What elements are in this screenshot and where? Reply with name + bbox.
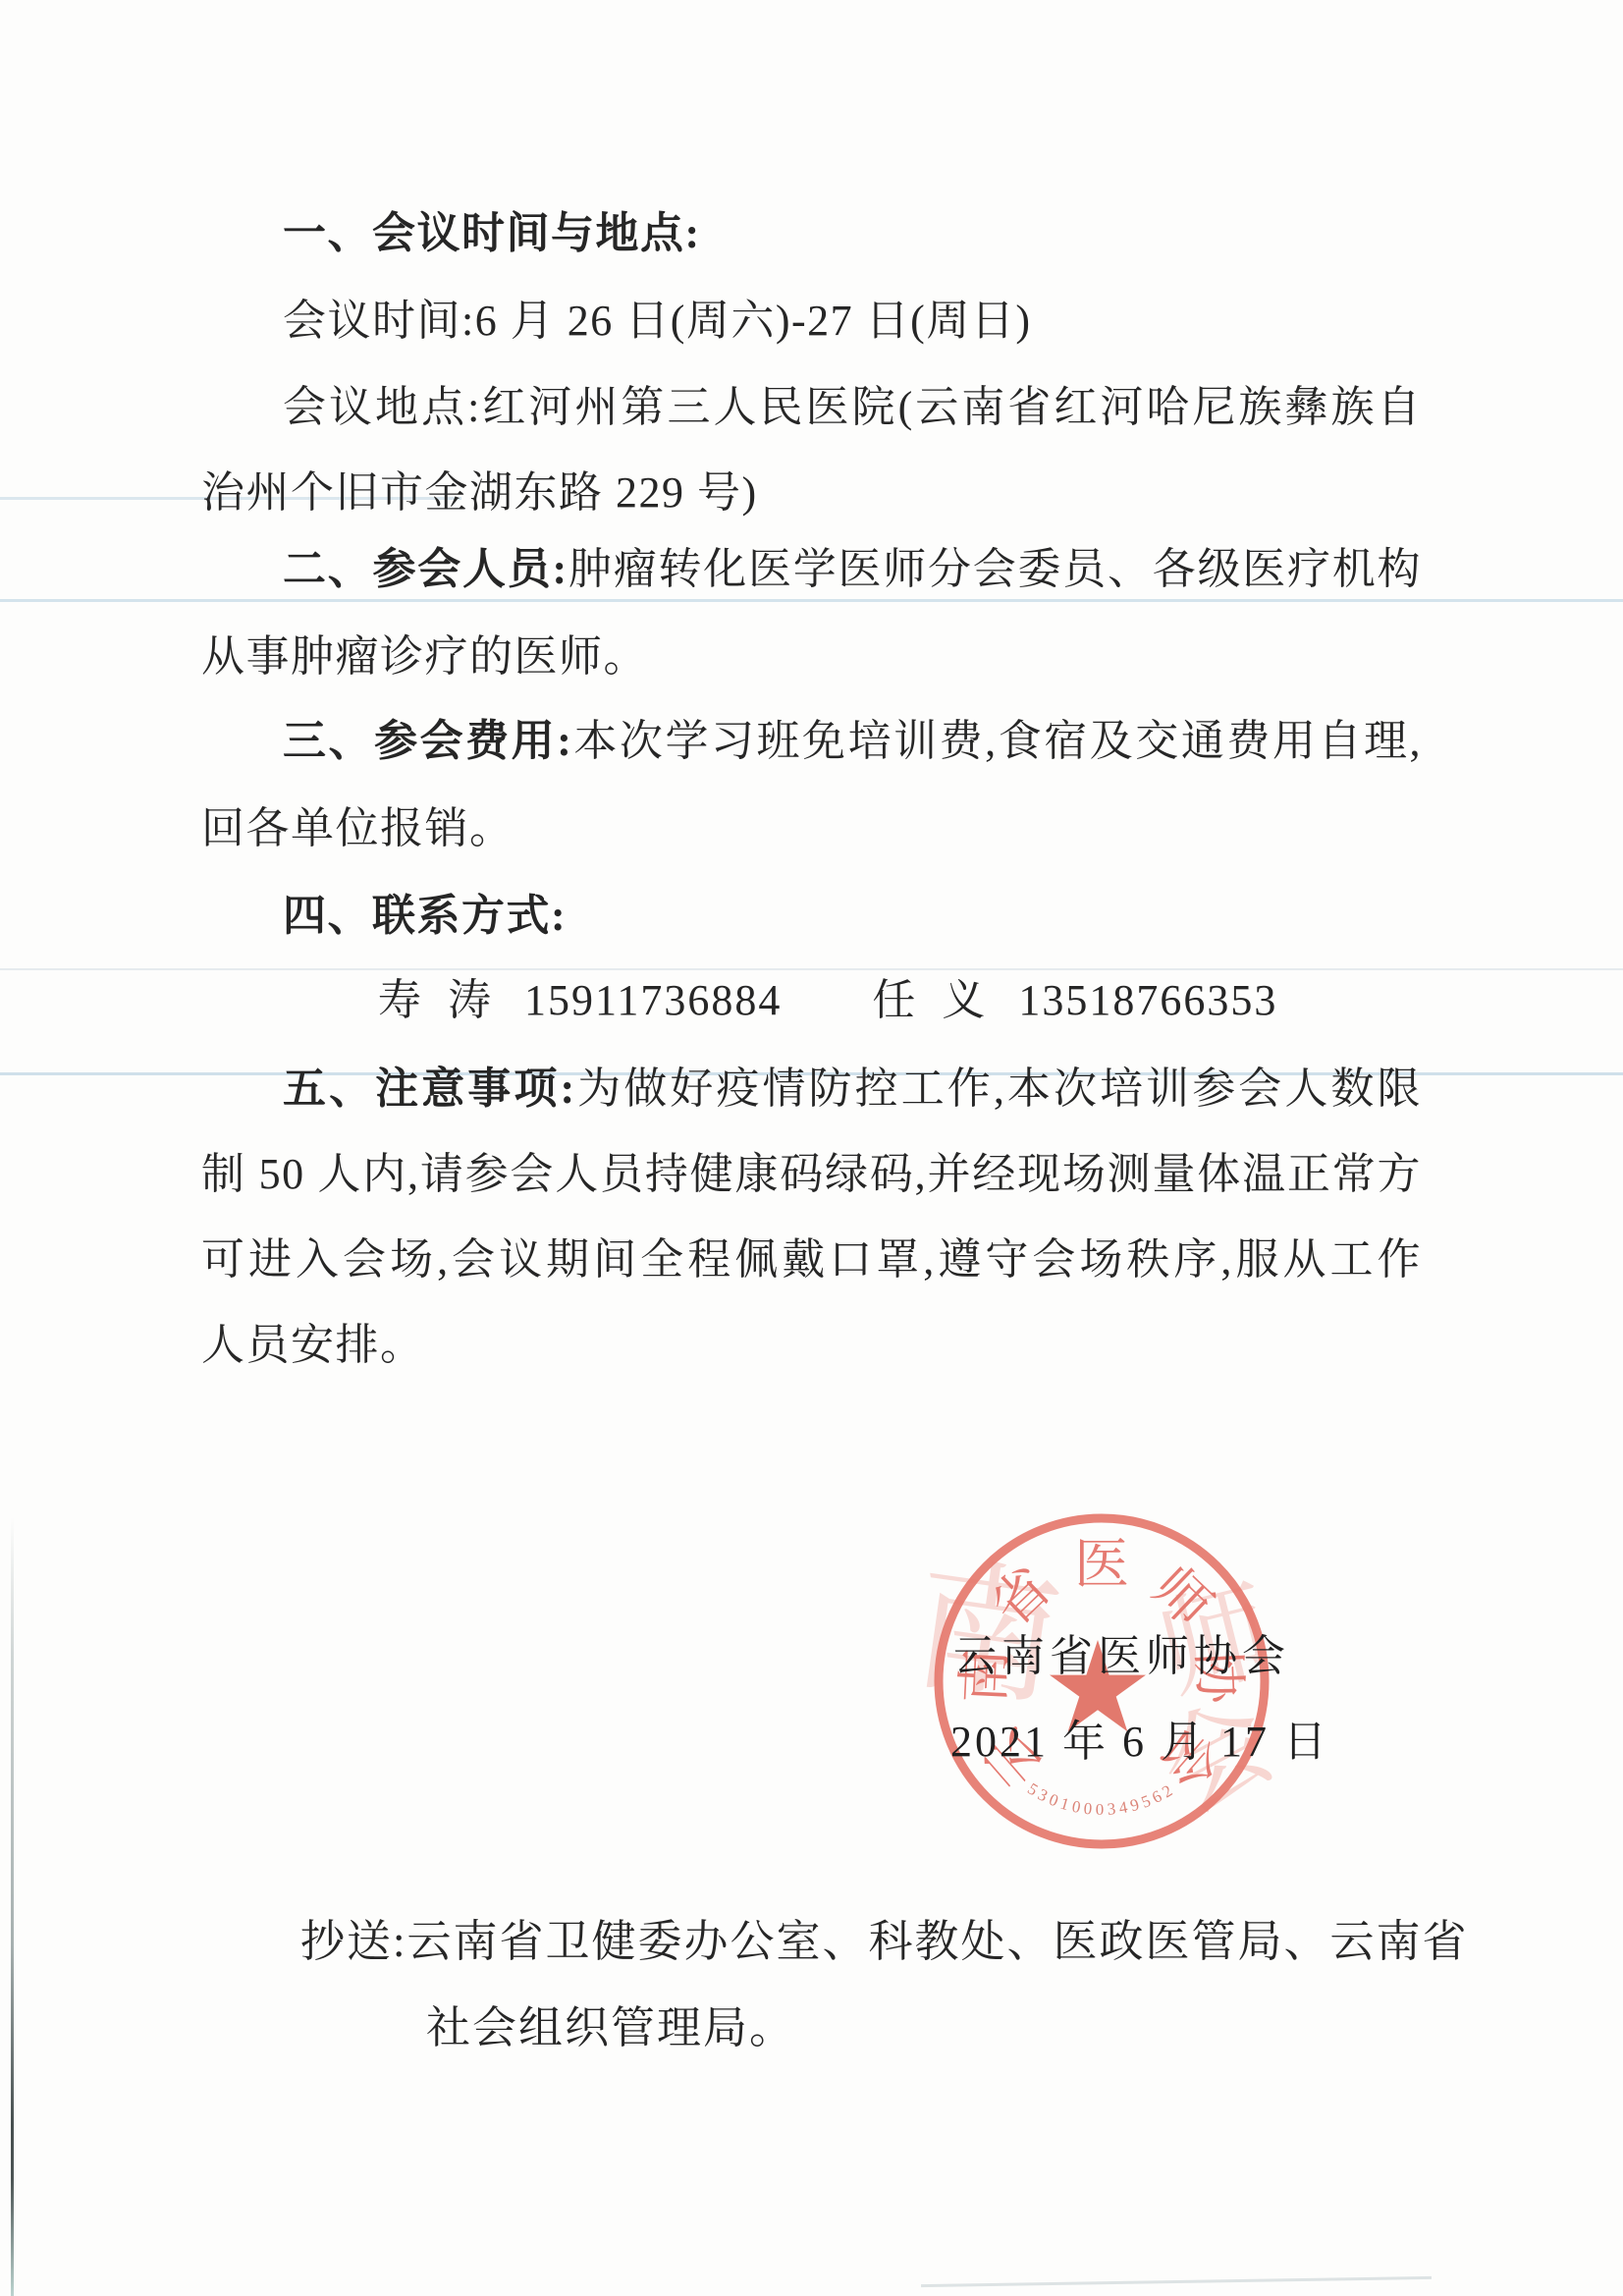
section-4-heading: 四、联系方式:	[283, 891, 567, 942]
section-3-line-2: 回各单位报销。	[201, 803, 514, 854]
cc-line-1: 抄送:云南省卫健委办公室、科教处、医政医管局、云南省	[300, 1915, 1469, 1968]
section-1-heading: 一、会议时间与地点:	[283, 208, 701, 259]
line-text: 人员安排。	[201, 1321, 425, 1369]
section-5-heading-text: 五、注意事项:	[283, 1065, 576, 1113]
scan-artifact-left-edge	[11, 1517, 14, 2296]
signature-date: 2021 年 6 月 17 日	[950, 1717, 1329, 1768]
scan-artifact-line	[0, 968, 1623, 970]
line-text: 可进入会场,会议期间全程佩戴口罩,遵守会场秩序,服从工作	[201, 1235, 1422, 1284]
section-3-heading-text: 三、参会费用:	[283, 717, 572, 765]
section-2-line-2: 从事肿瘤诊疗的医师。	[201, 631, 648, 683]
section-3-line-1: 三、参会费用:本次学习班免培训费,食宿及交通费用自理,	[283, 716, 1422, 767]
meeting-time-line: 会议时间:6 月 26 日(周六)-27 日(周日)	[283, 296, 1032, 347]
section-4-heading-text: 四、联系方式:	[283, 892, 567, 940]
section-5-line-1: 五、注意事项:为做好疫情防控工作,本次培训参会人数限	[283, 1064, 1422, 1115]
line-text: 从事肿瘤诊疗的医师。	[201, 632, 648, 681]
scan-artifact-bottom-line	[921, 2276, 1432, 2287]
contact-2-name: 任 义	[872, 975, 993, 1026]
seal-arc-char: 医	[1074, 1535, 1129, 1596]
meeting-place-line-2: 治州个旧市金湖东路 229 号)	[201, 467, 758, 519]
meeting-place-line-1: 会议地点:红河州第三人民医院(云南省红河哈尼族彝族自	[283, 382, 1422, 433]
contacts-row: 寿 涛 15911736884 任 义 13518766353	[378, 975, 1277, 1026]
section-2-line-1: 二、参会人员:肿瘤转化医学医师分会委员、各级医疗机构	[283, 544, 1422, 595]
line-text: 本次学习班免培训费,食宿及交通费用自理,	[572, 717, 1422, 765]
line-text: 制 50 人内,请参会人员持健康码绿码,并经现场测量体温正常方	[201, 1150, 1422, 1198]
line-text: 会议时间:6 月 26 日(周六)-27 日(周日)	[283, 297, 1032, 345]
section-2-heading-text: 二、参会人员:	[283, 545, 568, 593]
section-5-line-2: 制 50 人内,请参会人员持健康码绿码,并经现场测量体温正常方	[201, 1149, 1422, 1200]
line-text: 回各单位报销。	[201, 804, 514, 852]
section-5-line-3: 可进入会场,会议期间全程佩戴口罩,遵守会场秩序,服从工作	[201, 1234, 1422, 1285]
line-text: 肿瘤转化医学医师分会委员、各级医疗机构	[568, 545, 1422, 593]
contact-1-name: 寿 涛	[378, 975, 499, 1026]
document-page: 一、会议时间与地点: 会议时间:6 月 26 日(周六)-27 日(周日) 会议…	[0, 0, 1623, 2296]
section-5-line-4: 人员安排。	[201, 1320, 425, 1371]
cc-line-2: 社会组织管理局。	[426, 2001, 795, 2054]
seal-serial-number: 5301000349562	[1024, 1779, 1178, 1819]
section-1-heading-text: 一、会议时间与地点:	[283, 209, 701, 257]
contact-1-phone: 15911736884	[524, 975, 782, 1026]
line-text: 治州个旧市金湖东路 229 号)	[201, 468, 758, 517]
scan-artifact-line	[0, 599, 1623, 602]
line-text: 为做好疫情防控工作,本次培训参会人数限	[576, 1065, 1422, 1113]
contact-2-phone: 13518766353	[1018, 975, 1277, 1026]
signature-organization: 云南省医师协会	[953, 1631, 1290, 1682]
line-text: 会议地点:红河州第三人民医院(云南省红河哈尼族彝族自	[283, 383, 1422, 431]
